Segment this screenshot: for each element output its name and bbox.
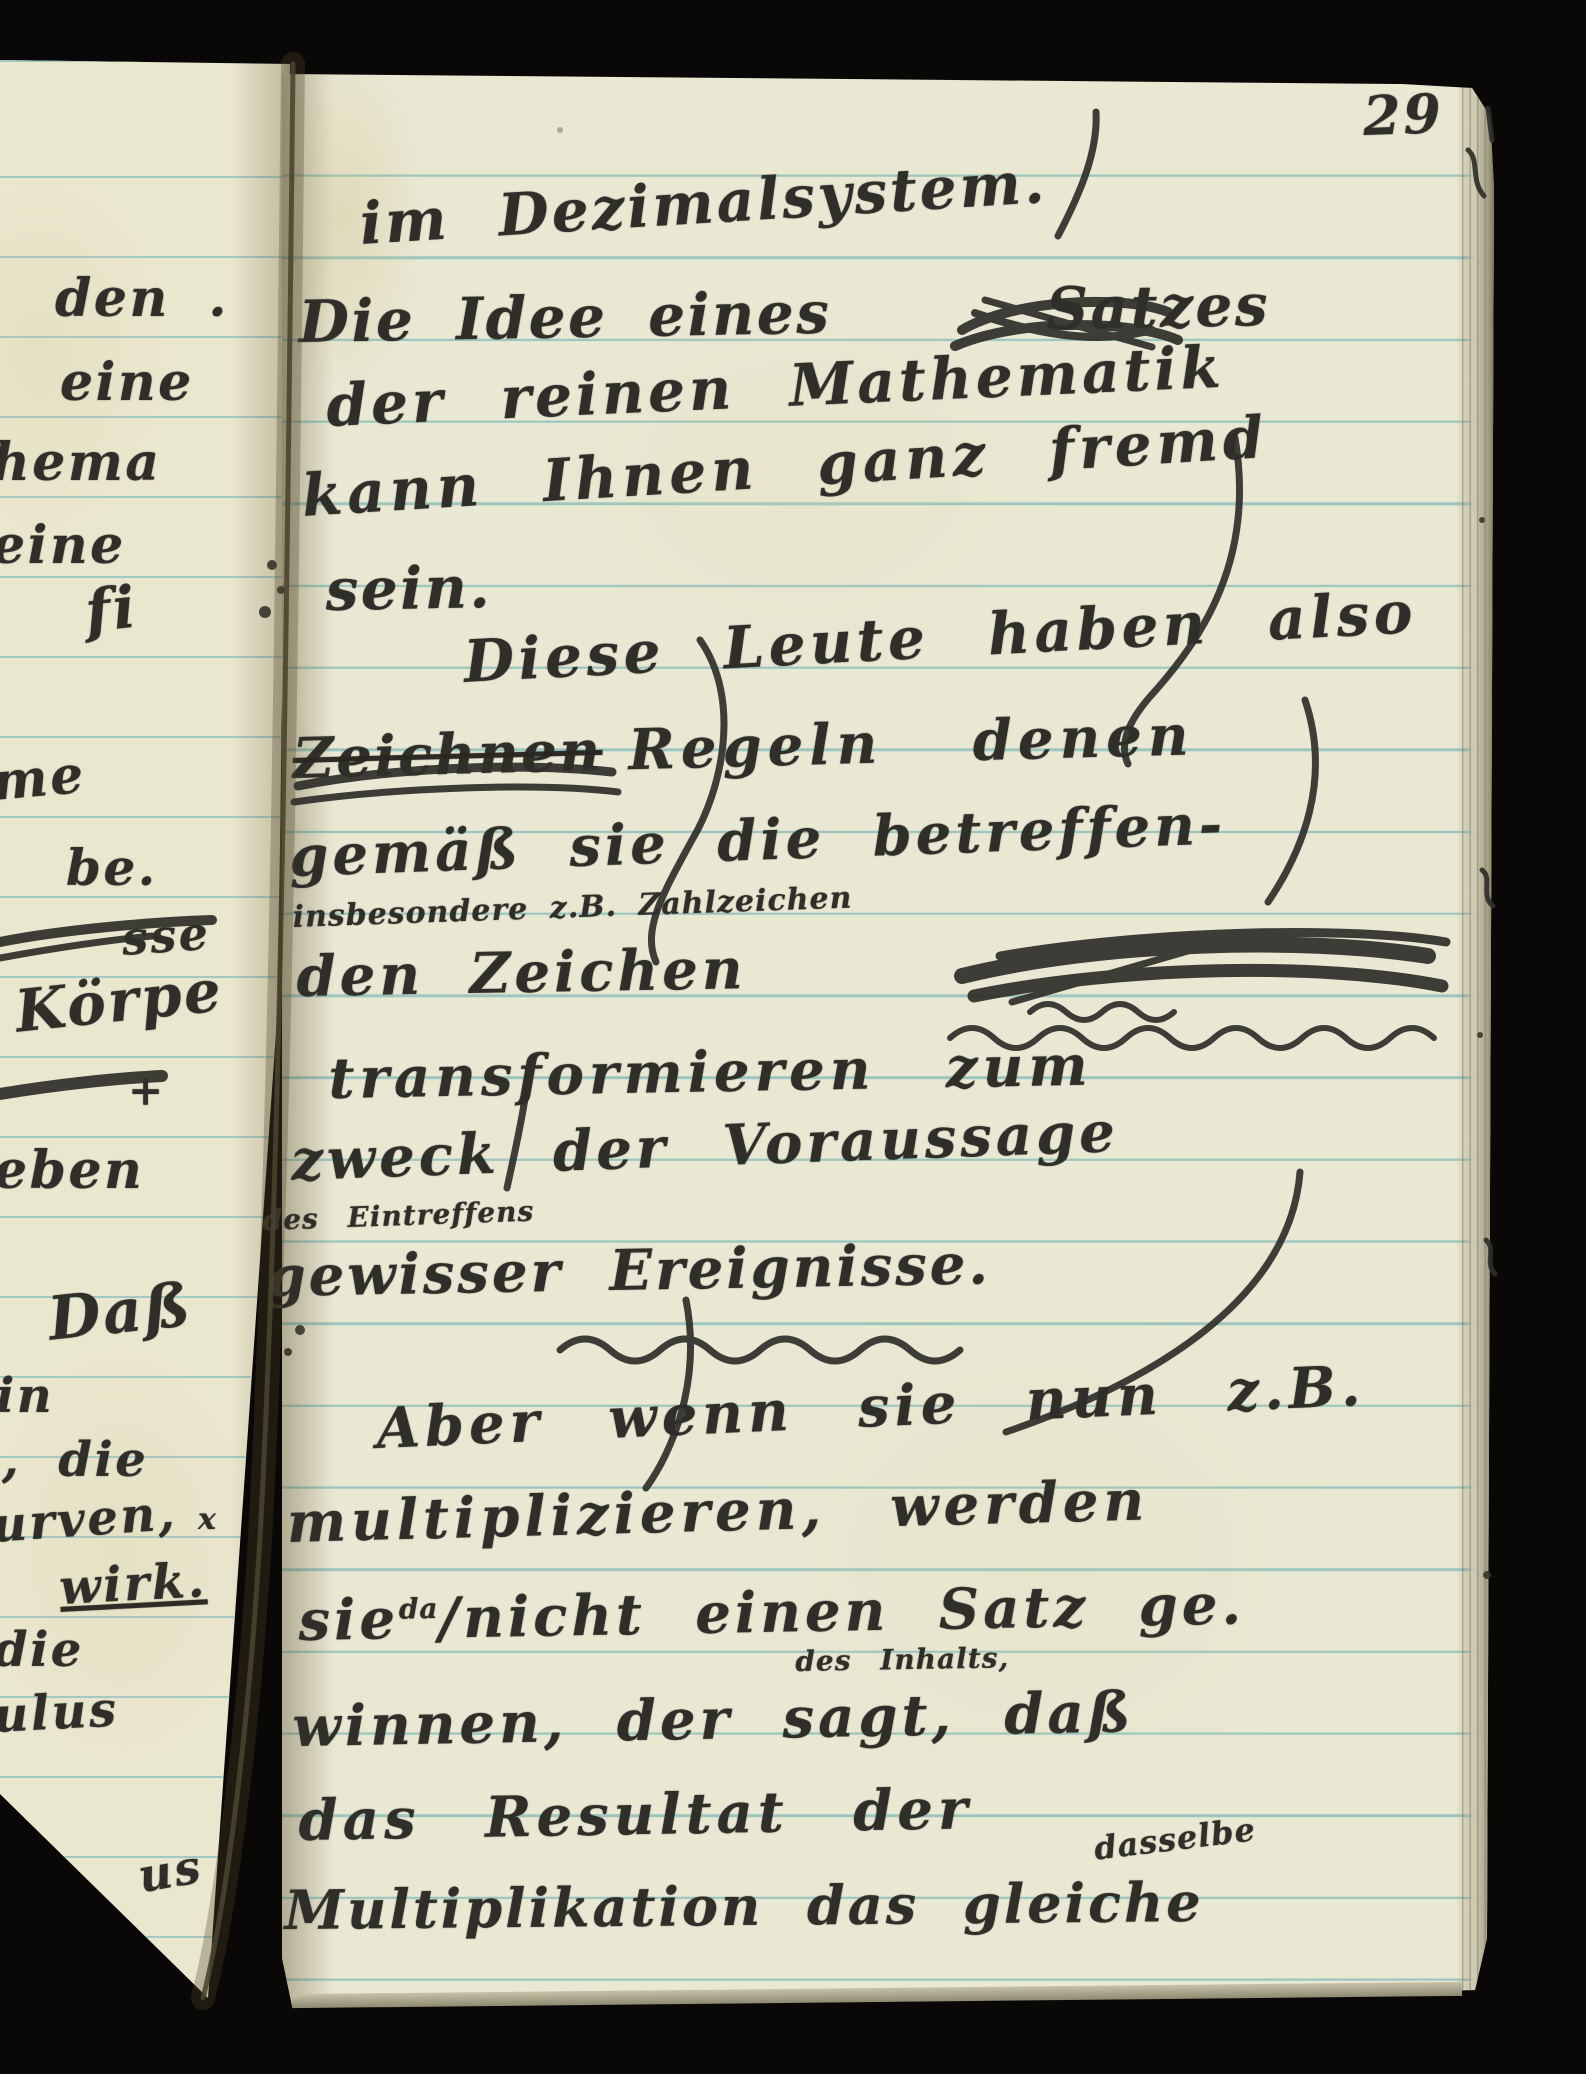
- line-segment: Die Idee eines: [298, 279, 832, 356]
- left-page-fragment: +: [128, 1066, 166, 1115]
- left-page-fragment: den .: [55, 268, 229, 329]
- left-page-fragment: eben: [0, 1140, 144, 1201]
- notebook-photo: 29 im Dezimalsystem. Die Idee einesSatze…: [0, 0, 1586, 2074]
- line-segment: /nicht einen Satz ge.: [438, 1571, 1245, 1651]
- left-page-fragment: in: [0, 1368, 54, 1424]
- left-page-fragment: , die: [2, 1432, 148, 1488]
- line-segment: Satzes: [1046, 271, 1271, 343]
- left-page-fragment: Daß: [45, 1270, 196, 1355]
- left-page-fragment: us: [134, 1839, 207, 1903]
- left-page-fragment: eine: [0, 515, 126, 576]
- manuscript-line: gewisser Ereignisse.: [266, 1231, 991, 1310]
- manuscript-line: transformieren zum: [328, 1033, 1093, 1112]
- left-page-fragment: ulus: [0, 1681, 120, 1743]
- left-page-fragment: be.: [66, 838, 158, 897]
- interlinear-insert: da: [399, 1592, 439, 1626]
- left-page-fragment: wirk.: [58, 1552, 208, 1616]
- manuscript-line: das Resultat der: [298, 1776, 973, 1854]
- left-page-fragment: x: [198, 1502, 218, 1537]
- left-page-fragment: die: [0, 1622, 84, 1678]
- left-page-fragment: hema: [0, 432, 162, 493]
- left-page-fragment: fi: [82, 573, 141, 646]
- line-segment: sie: [298, 1586, 400, 1654]
- left-page-fragment: me: [0, 744, 88, 813]
- manuscript-line: Multiplikation das gleiche: [284, 1870, 1204, 1942]
- struck-word: Zeichnen: [292, 718, 603, 792]
- manuscript-line: den Zeichen: [296, 936, 747, 1010]
- manuscript-line: sein.: [325, 553, 493, 624]
- page-number: 29: [1362, 81, 1444, 148]
- left-page-fragment: sse: [120, 906, 212, 966]
- interlinear-insert: des Inhalts,: [795, 1641, 1009, 1678]
- left-page-fragment: eine: [60, 352, 194, 413]
